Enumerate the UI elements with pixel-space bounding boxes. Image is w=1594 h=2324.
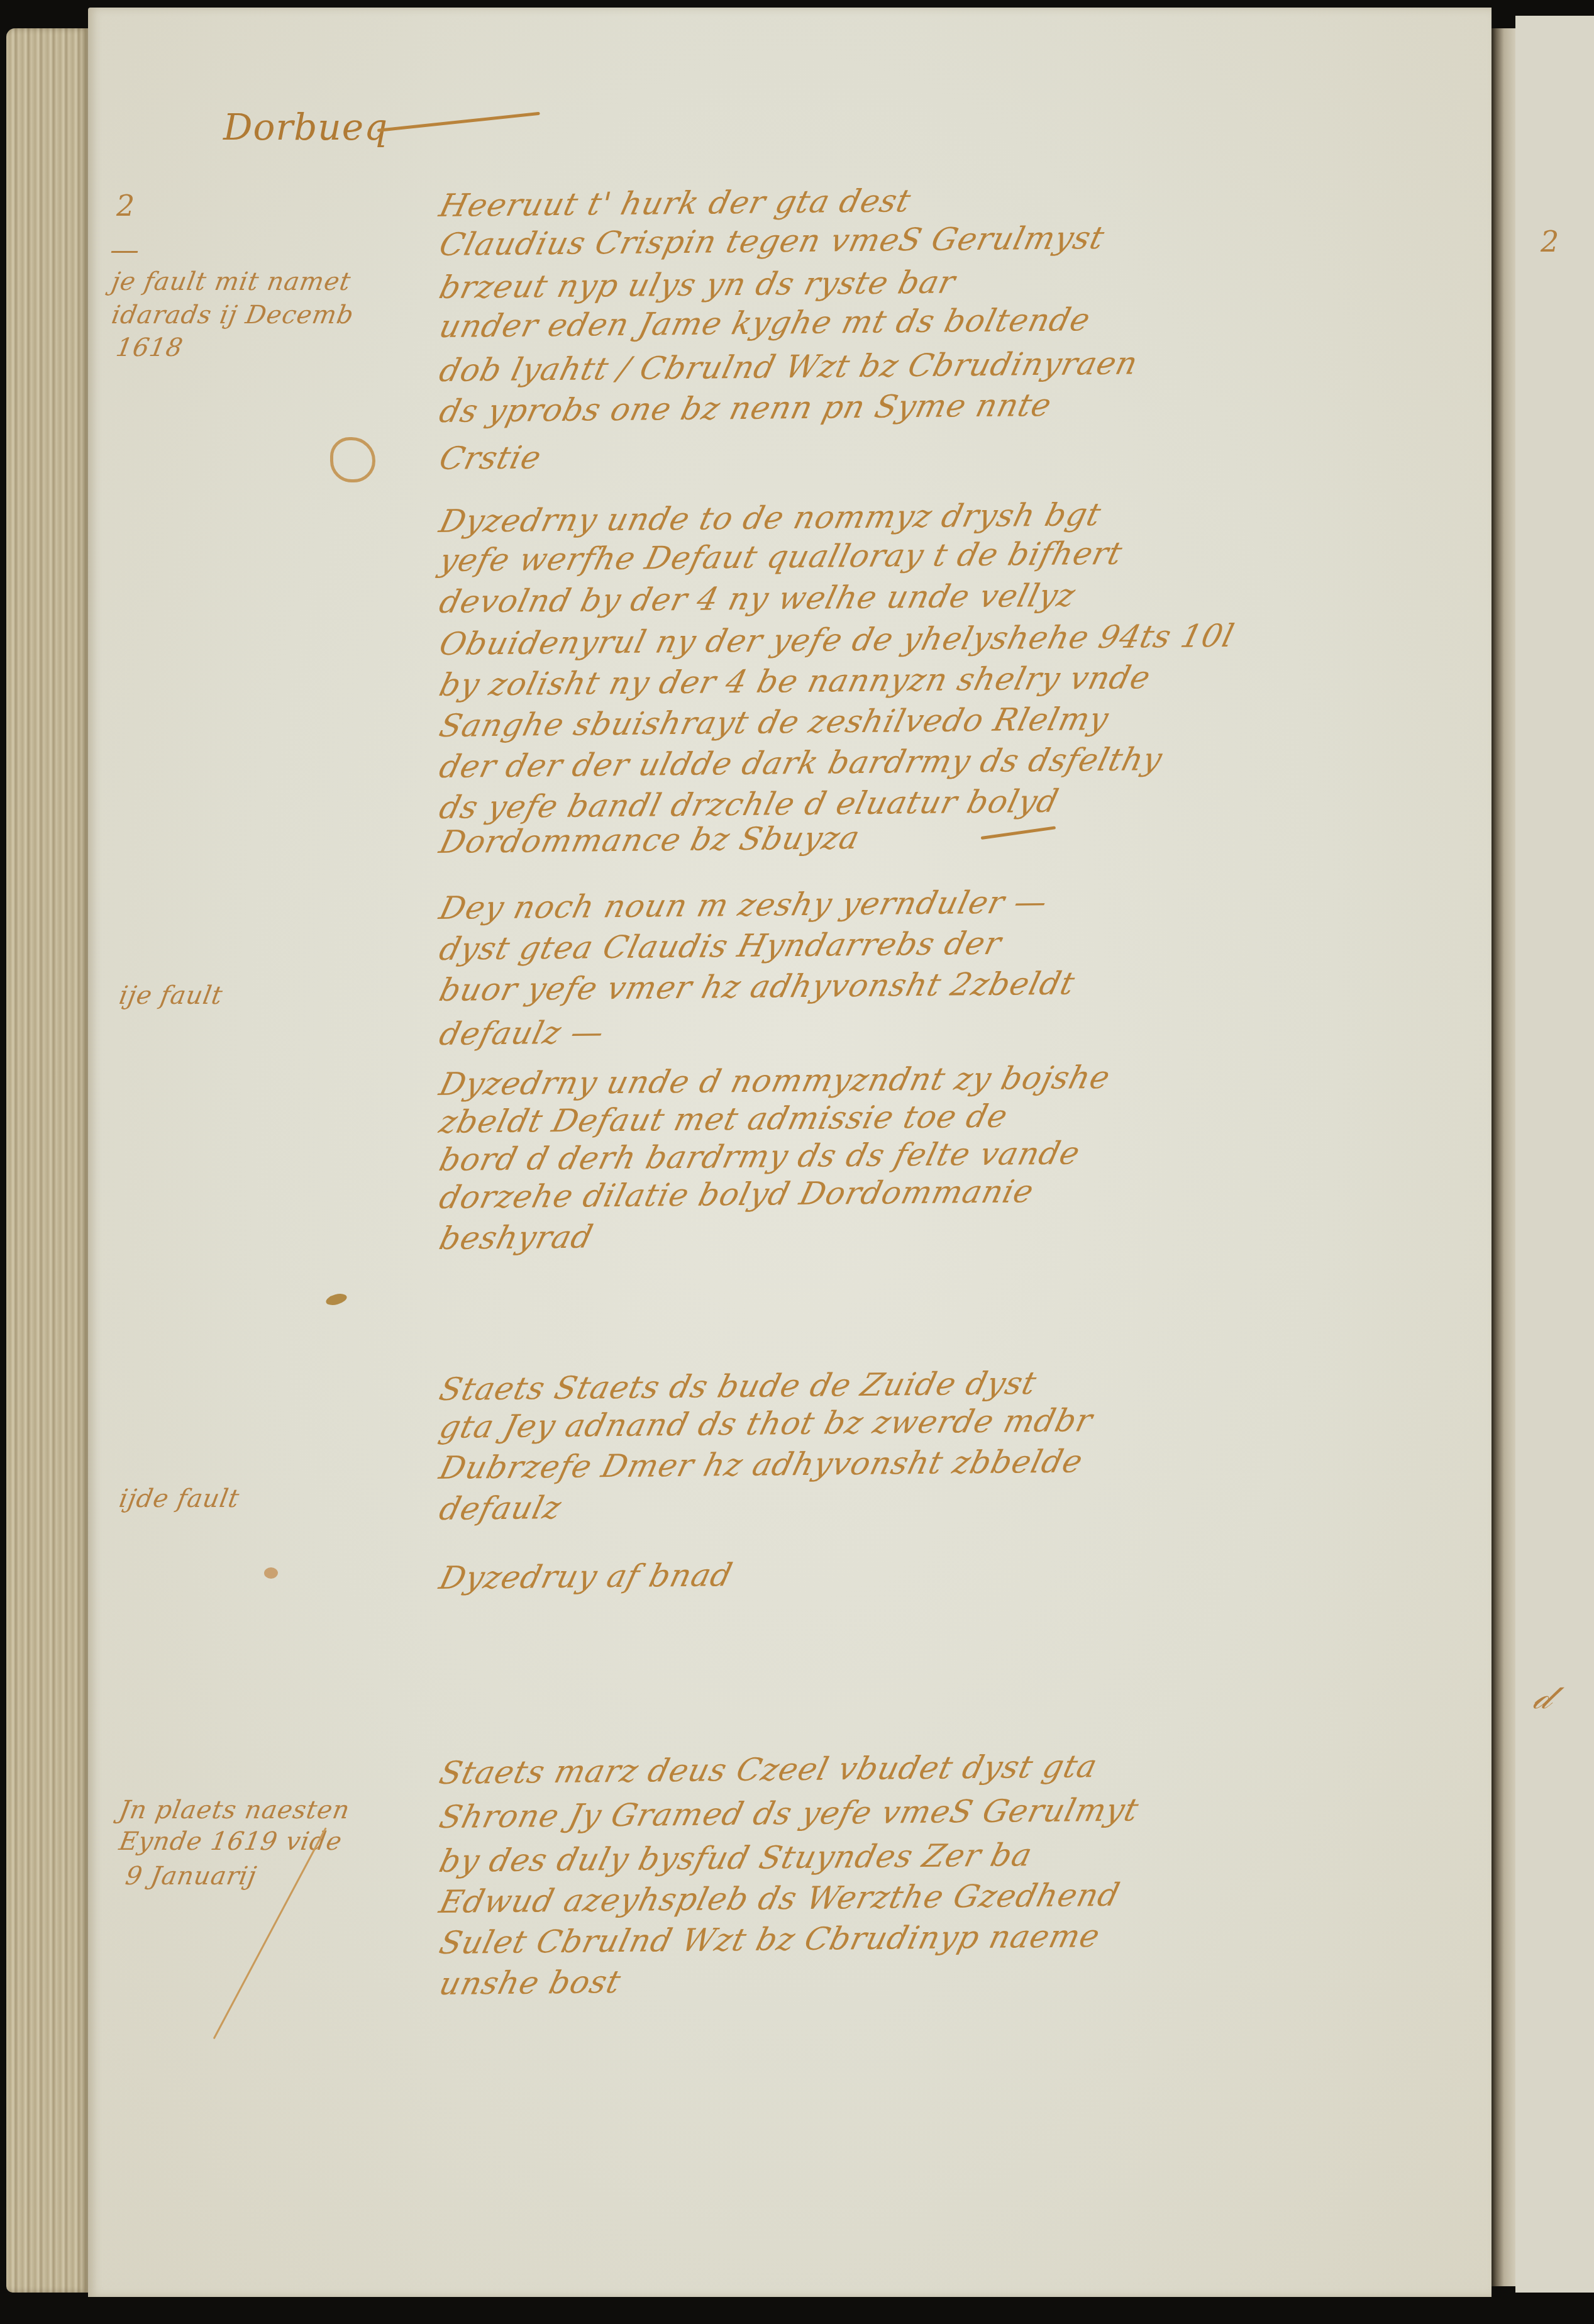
facing-page: 2 𝒹 [1515, 16, 1594, 2293]
margin-note-2: ije fault [117, 981, 225, 1010]
margin-dash: — [110, 233, 140, 267]
page-heading: Dorbueq [223, 106, 388, 148]
facing-page-number: 2 [1541, 225, 1559, 259]
circle-mark [330, 437, 375, 482]
margin-page-number: 2 [116, 189, 135, 223]
book-gutter [1492, 28, 1515, 2286]
facing-page-fragment: 𝒹 [1530, 1676, 1556, 1718]
book-page-edges [6, 28, 88, 2293]
margin-note-3: ijde fault [117, 1484, 242, 1513]
